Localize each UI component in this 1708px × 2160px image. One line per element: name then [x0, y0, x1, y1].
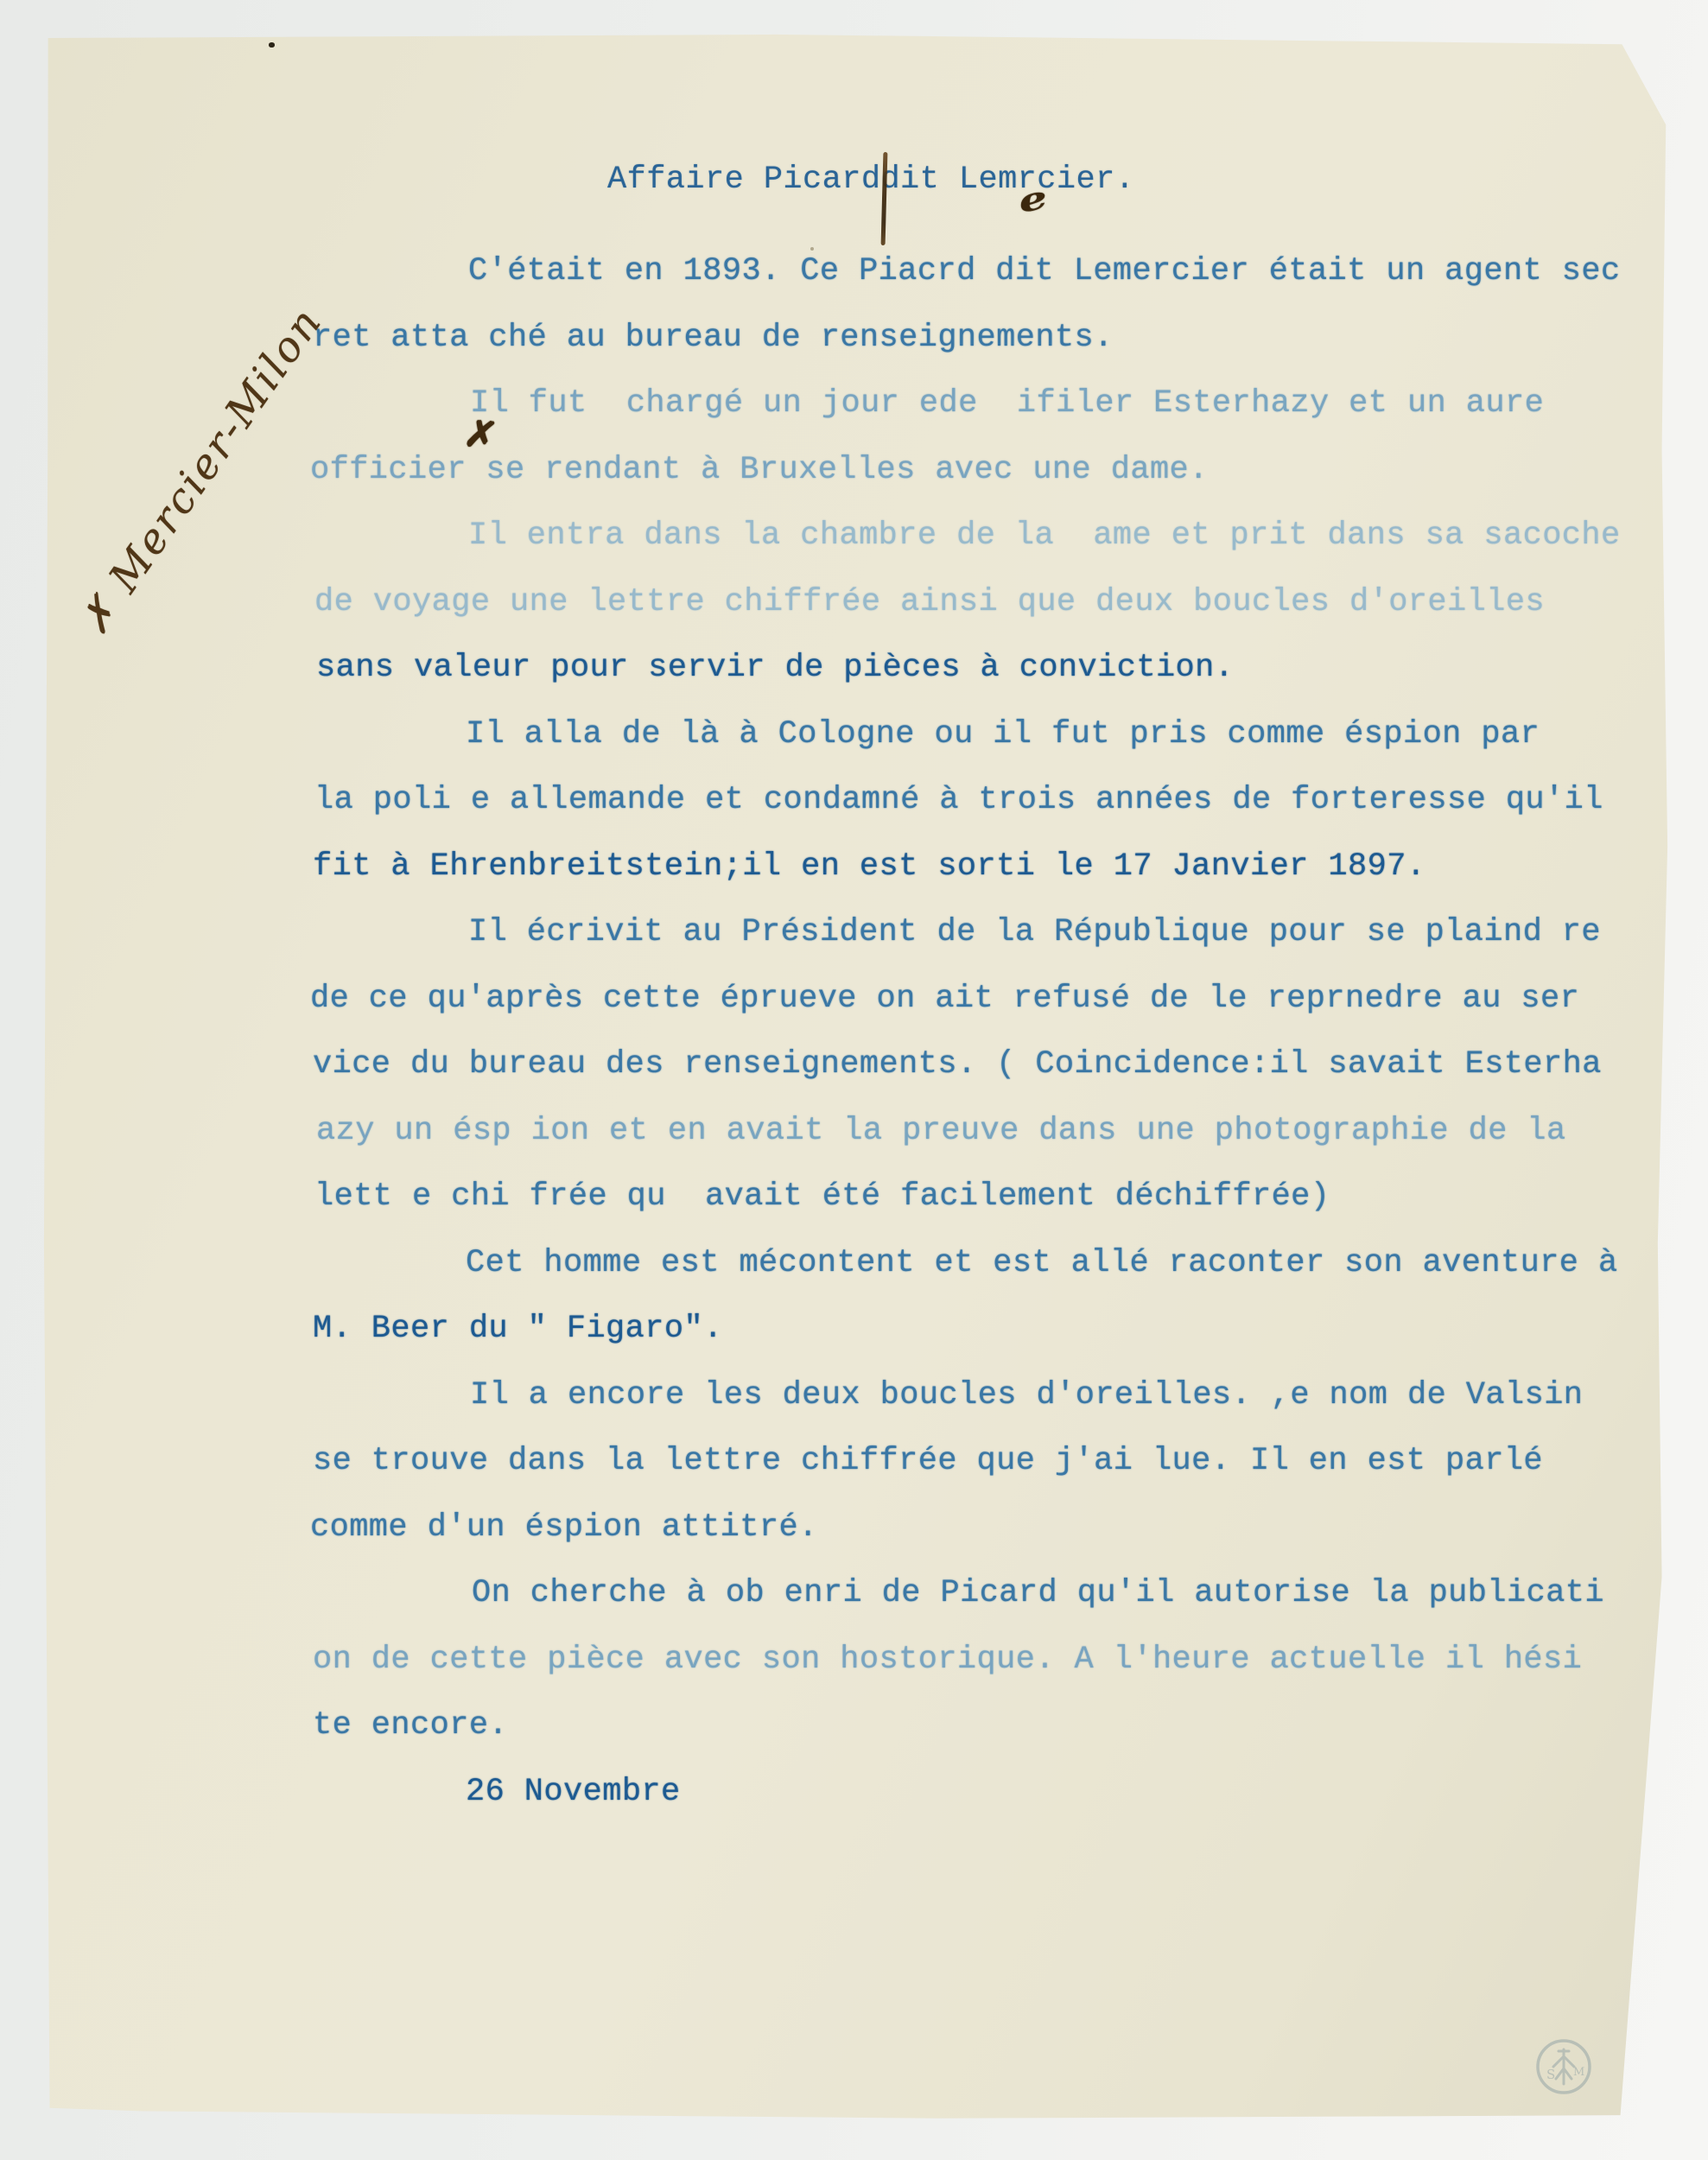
typed-line: On cherche à ob enri de Picard qu'il aut… — [316, 1560, 1624, 1627]
annotation-name: Mercier-Milon — [99, 298, 332, 601]
typed-line: se trouve dans la lettre chiffrée que j'… — [313, 1428, 1621, 1495]
typed-line: la poli e allemande et condamné à trois … — [314, 767, 1622, 834]
typed-line: de ce qu'après cette éprueve on ait refu… — [310, 966, 1618, 1032]
typed-line: officier se rendant à Bruxelles avec une… — [310, 437, 1618, 504]
typed-line: Il fut chargé un jour ede ifiler Esterha… — [314, 371, 1622, 437]
archive-stamp-icon: S M — [1527, 2030, 1600, 2103]
typed-line: azy un ésp ion et en avait la preuve dan… — [316, 1098, 1624, 1165]
typed-line: fit à Ehrenbreitstein;il en est sorti le… — [313, 834, 1621, 900]
paper-speck — [269, 42, 275, 48]
typed-line: te encore. — [313, 1693, 1621, 1759]
typed-line: ret atta ché au bureau de renseignements… — [313, 305, 1621, 372]
typed-line: lett e chi frée qu avait été facilement … — [314, 1164, 1622, 1230]
typed-line: 26 Novembre — [310, 1759, 1618, 1826]
stamp-letter-s: S — [1546, 2067, 1555, 2082]
typed-line: Il a encore les deux boucles d'oreilles.… — [314, 1363, 1622, 1429]
typed-line: on de cette pièce avec son hostorique. A… — [313, 1627, 1621, 1693]
typed-line: sans valeur pour servir de pièces à conv… — [316, 635, 1624, 702]
typed-line: M. Beer du " Figaro". — [313, 1296, 1621, 1363]
typed-line: de voyage une lettre chiffrée ainsi que … — [314, 569, 1622, 636]
typed-line: Il alla de là à Cologne ou il fut pris c… — [310, 702, 1618, 768]
typed-line: vice du bureau des renseignements. ( Coi… — [313, 1032, 1621, 1098]
typed-lines: C'était en 1893. Ce Piacrd dit Lemercier… — [313, 238, 1621, 1825]
document-title: Affaire Picarddit Lemrcier. — [607, 162, 1134, 197]
paper-speck-small — [810, 247, 814, 251]
stamp-letter-m: M — [1573, 2066, 1584, 2079]
margin-annotation: ✗ Mercier-Milon — [69, 298, 332, 645]
typed-line: C'était en 1893. Ce Piacrd dit Lemercier… — [313, 238, 1621, 305]
scan-text-layer: Affaire Picarddit Lemrcier. C'était en 1… — [0, 0, 1708, 2160]
typed-line: Cet homme est mécontent et est allé raco… — [310, 1230, 1618, 1297]
typed-line: comme d'un éspion attitré. — [310, 1495, 1618, 1561]
typed-line: Il écrivit au Président de la République… — [313, 899, 1621, 966]
typed-line: Il entra dans la chambre de la ame et pr… — [313, 503, 1621, 569]
